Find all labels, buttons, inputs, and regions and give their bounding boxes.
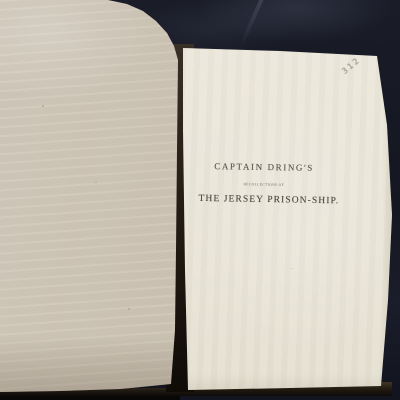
foxing-speck bbox=[42, 105, 44, 107]
title-main-line: THE JERSEY PRISON-SHIP. bbox=[198, 194, 328, 206]
foxing-speck bbox=[128, 308, 130, 310]
title-author-line: CAPTAIN DRING'S bbox=[199, 161, 329, 173]
foxing-speck bbox=[95, 182, 97, 183]
title-subtitle-line: RECOLLECTIONS OF bbox=[235, 182, 294, 187]
half-title-text: CAPTAIN DRING'S RECOLLECTIONS OF THE JER… bbox=[198, 0, 332, 231]
book-photo: 312 CAPTAIN DRING'S RECOLLECTIONS OF THE… bbox=[0, 0, 400, 400]
foxing-speck bbox=[291, 268, 293, 269]
